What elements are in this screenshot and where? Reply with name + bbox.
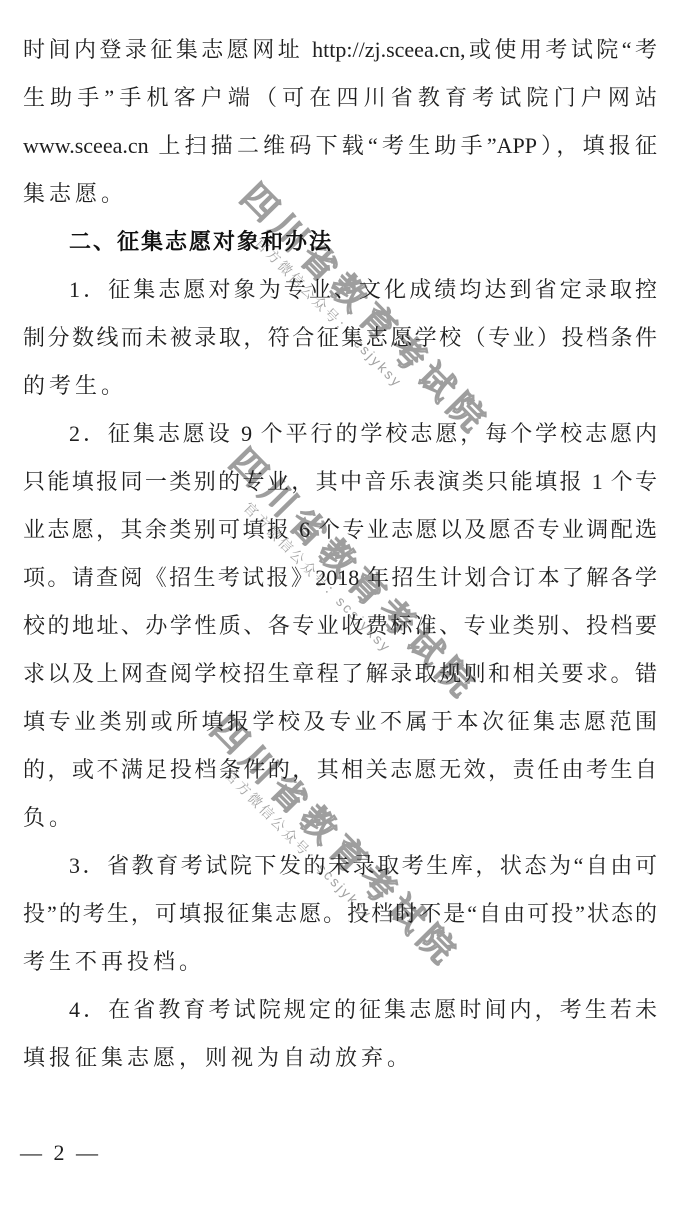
text-line: 4．在省教育考试院规定的征集志愿时间内，考生若未 [23,986,657,1034]
text-line: 2．征集志愿设 9 个平行的学校志愿，每个学校志愿内 [23,410,657,458]
document-body: 时间内登录征集志愿网址 http://zj.sceea.cn,或使用考试院“考生… [23,26,657,1082]
text-line: 的，或不满足投档条件的，其相关志愿无效，责任由考生自 [23,746,657,794]
text-line: www.sceea.cn 上扫描二维码下载“考生助手”APP），填报征 [23,122,657,170]
text-line: 项。请查阅《招生考试报》2018 年招生计划合订本了解各学 [23,554,657,602]
text-line: 校的地址、办学性质、各专业收费标准、专业类别、投档要 [23,602,657,650]
text-line: 负。 [23,794,657,842]
text-line: 生助手”手机客户端（可在四川省教育考试院门户网站 [23,74,657,122]
page-number: — 2 — [20,1140,101,1166]
section-heading: 二、征集志愿对象和办法 [23,218,657,266]
text-line: 制分数线而未被录取，符合征集志愿学校（专业）投档条件 [23,314,657,362]
text-line: 3．省教育考试院下发的未录取考生库，状态为“自由可 [23,842,657,890]
text-line: 考生不再投档。 [23,938,657,986]
text-line: 的考生。 [23,362,657,410]
text-line: 投”的考生，可填报征集志愿。投档时不是“自由可投”状态的 [23,890,657,938]
text-line: 只能填报同一类别的专业，其中音乐表演类只能填报 1 个专 [23,458,657,506]
text-line: 填专业类别或所填报学校及专业不属于本次征集志愿范围 [23,698,657,746]
text-line: 填报征集志愿，则视为自动放弃。 [23,1034,657,1082]
text-line: 求以及上网查阅学校招生章程了解录取规则和相关要求。错 [23,650,657,698]
text-line: 业志愿，其余类别可填报 6 个专业志愿以及愿否专业调配选 [23,506,657,554]
text-line: 集志愿。 [23,170,657,218]
document-page: 四川省教育考试院 官方微信公众号：scsjyksy 四川省教育考试院 官方微信公… [0,0,680,1205]
text-line: 1．征集志愿对象为专业、文化成绩均达到省定录取控 [23,266,657,314]
text-line: 时间内登录征集志愿网址 http://zj.sceea.cn,或使用考试院“考 [23,26,657,74]
